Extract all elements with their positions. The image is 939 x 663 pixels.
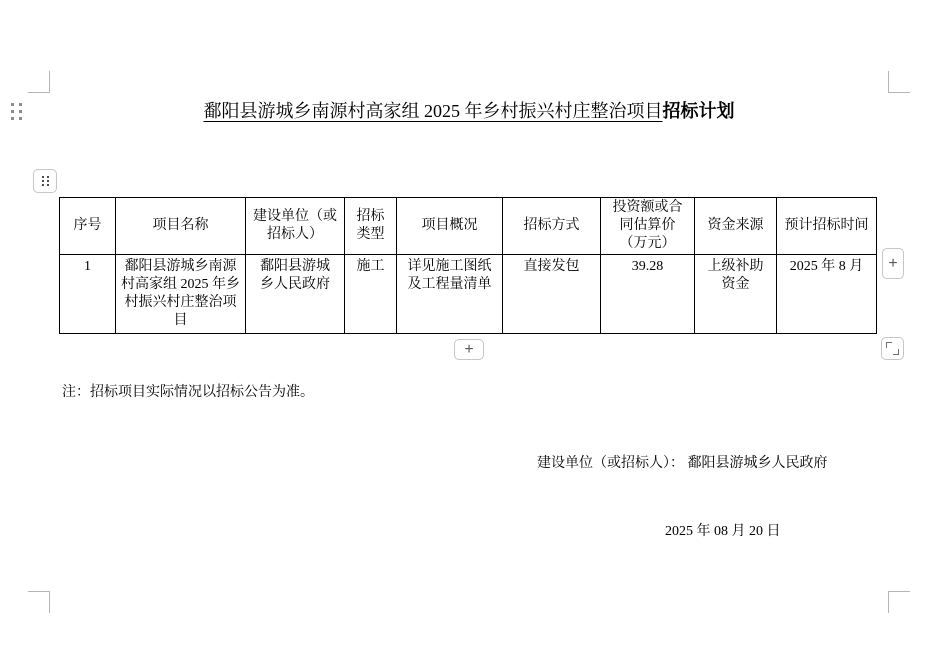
document-note: 注：招标项目实际情况以招标公告为准。: [62, 381, 314, 401]
drag-handle-icon[interactable]: [11, 103, 22, 120]
document-date: 2025 年 08 月 20 日: [665, 520, 781, 540]
cell-investment: 39.28: [601, 255, 695, 334]
page-corner-mark-bottom-left: [28, 591, 50, 613]
header-cell-bid-method: 招标方式: [503, 198, 601, 255]
header-cell-owner: 建设单位（或 招标人）: [246, 198, 345, 255]
page-corner-mark-top-right: [888, 71, 910, 93]
header-cell-project-name: 项目名称: [116, 198, 246, 255]
table-handle-button[interactable]: [33, 169, 57, 193]
cell-bid-type: 施工: [345, 255, 397, 334]
signature-value: 鄱阳县游城乡人民政府: [688, 456, 828, 471]
cell-project-name: 鄱阳县游城乡南源 村高家组 2025 年乡 村振兴村庄整治项 目: [116, 255, 246, 334]
header-cell-investment: 投资额或合 同估算价 （万元）: [601, 198, 695, 255]
table-row: 1 鄱阳县游城乡南源 村高家组 2025 年乡 村振兴村庄整治项 目 鄱阳县游城…: [60, 255, 877, 334]
table-header-row: 序号 项目名称 建设单位（或 招标人） 招标 类型 项目概况 招标方式 投资额或…: [60, 198, 877, 255]
document-editor-page: { "page": { "title_underlined": "鄱阳县游城乡南…: [0, 0, 939, 663]
header-cell-index: 序号: [60, 198, 116, 255]
document-title: 鄱阳县游城乡南源村高家组 2025 年乡村振兴村庄整治项目招标计划: [50, 100, 888, 123]
cell-bid-method: 直接发包: [503, 255, 601, 334]
signature-label: 建设单位（或招标人）：: [537, 456, 684, 471]
document-title-underlined: 鄱阳县游城乡南源村高家组 2025 年乡村振兴村庄整治项目: [204, 101, 663, 121]
resize-corner-icon: [893, 349, 899, 355]
cell-index: 1: [60, 255, 116, 334]
signature-line: 建设单位（或招标人）： 鄱阳县游城乡人民政府: [537, 452, 828, 472]
cell-owner: 鄱阳县游城 乡人民政府: [246, 255, 345, 334]
header-cell-funding: 资金来源: [695, 198, 777, 255]
grid-dots-icon: [42, 176, 49, 186]
page-corner-mark-bottom-right: [888, 591, 910, 613]
header-cell-bid-type: 招标 类型: [345, 198, 397, 255]
resize-corner-icon: [886, 342, 892, 348]
document-title-bold: 招标计划: [663, 101, 735, 121]
bid-plan-table: 序号 项目名称 建设单位（或 招标人） 招标 类型 项目概况 招标方式 投资额或…: [59, 197, 877, 334]
cell-bid-time: 2025 年 8 月: [777, 255, 877, 334]
cell-overview: 详见施工图纸 及工程量清单: [397, 255, 503, 334]
page-corner-mark-top-left: [28, 71, 50, 93]
expand-table-button[interactable]: [881, 337, 904, 360]
cell-funding: 上级补助 资金: [695, 255, 777, 334]
header-cell-overview: 项目概况: [397, 198, 503, 255]
header-cell-bid-time: 预计招标时间: [777, 198, 877, 255]
add-row-button[interactable]: +: [454, 339, 484, 360]
add-column-button[interactable]: +: [882, 248, 904, 279]
